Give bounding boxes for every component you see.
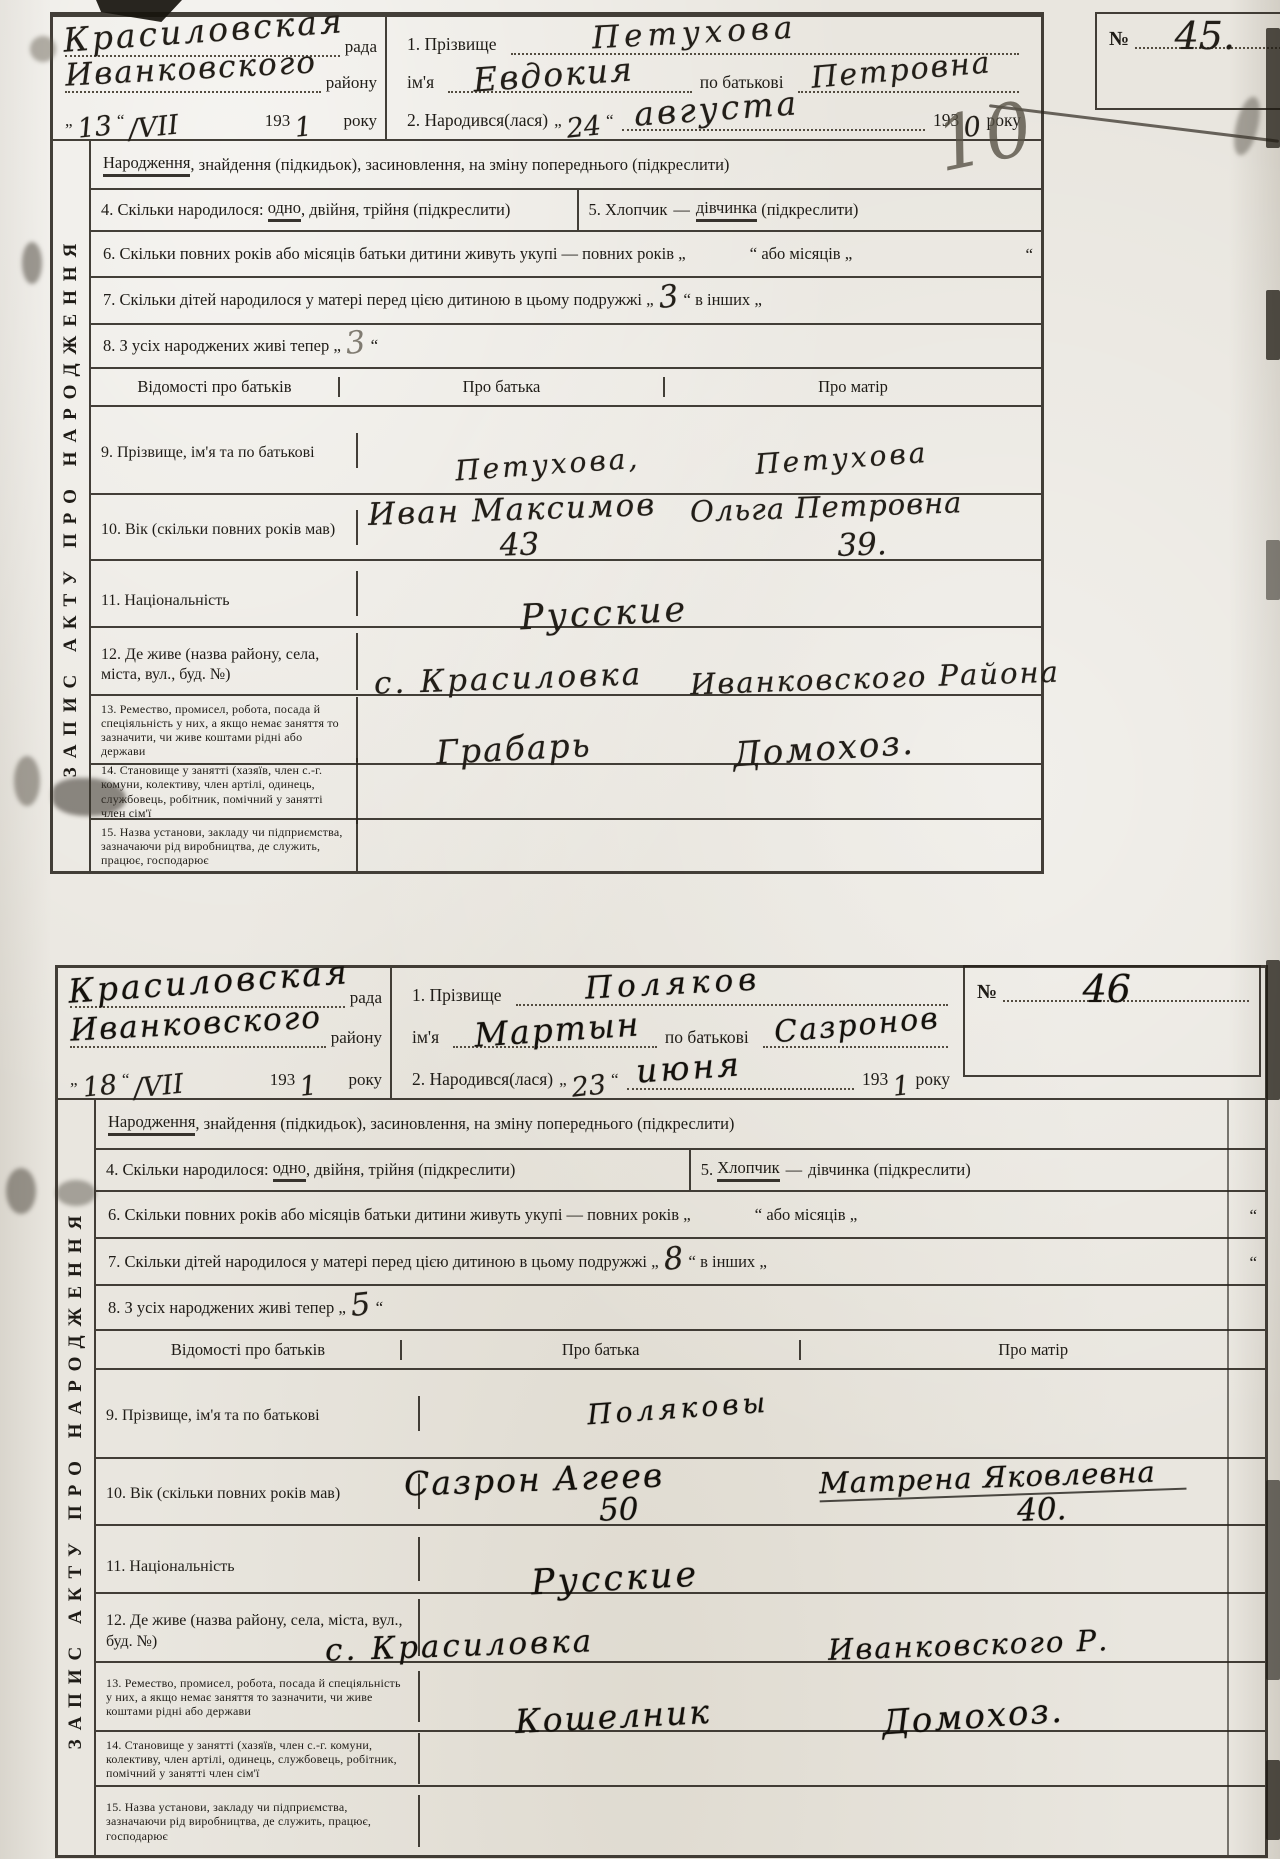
handwritten-residence-district: Иванковского Района <box>690 655 1061 702</box>
surname-label: 1. Прізвище <box>412 985 502 1006</box>
form-body: ЗАПИС АКТУ ПРО НАРОДЖЕННЯ Народження, зн… <box>53 141 1041 871</box>
dotted-rule: августа <box>622 109 925 131</box>
name-label: ім'я <box>407 72 434 93</box>
row-13-occupation: 13. Ремество, промисел, робота, посада й… <box>91 696 1041 764</box>
ink-smudge <box>52 778 126 816</box>
row-4-how-many-born: 4. Скільки народилося: одно, двійня, трі… <box>91 190 579 229</box>
handwritten-birth-day: 24 <box>566 126 600 130</box>
birthdate-line: 2. Народився(лася) „23“ июня 1931 року <box>412 1060 956 1090</box>
dotted-rule: Евдокия <box>448 71 692 93</box>
year-prefix: 193 <box>862 1069 888 1090</box>
handwritten-nationality: Русские <box>519 589 689 638</box>
row-12-residence: 12. Де живе (назва району, села, міста, … <box>91 628 1041 696</box>
page-edge-mark <box>1266 290 1280 360</box>
row-11-nationality: 11. Національність Русские <box>91 561 1041 628</box>
page-edge-mark <box>1266 1480 1280 1680</box>
word-divchynka: дівчинка <box>808 1160 869 1180</box>
word-odno: одно <box>268 198 301 222</box>
row-11-nationality: 11. Національність Русские <box>96 1526 1265 1594</box>
word-narodzhennia: Народження <box>103 153 190 177</box>
born-label: 2. Народився(лася) <box>407 110 548 131</box>
handwritten-surname: Поляков <box>584 961 762 1006</box>
col-mother: Про матір <box>801 1340 1265 1360</box>
rada-label: рада <box>345 37 377 57</box>
stain <box>14 756 40 806</box>
birth-record-form-45: Красиловская рада Иванковского району „1… <box>50 12 1044 874</box>
row-4-5: 4. Скільки народилося: одно, двійня, трі… <box>96 1150 1265 1192</box>
stain <box>56 1180 96 1206</box>
registration-date-line: „18“/VII 1931року <box>70 1058 382 1090</box>
roku-label: року <box>348 1070 382 1090</box>
row-5-sex: 5. Хлопчик—дівчинка (підкреслити) <box>691 1150 1265 1190</box>
word-odno: одно <box>273 1158 306 1182</box>
raionu-label: району <box>331 1028 382 1048</box>
handwritten-reg-day: 18 <box>82 1085 116 1089</box>
stain <box>30 36 56 62</box>
handwritten-birth-year-digit: 1 <box>893 1086 910 1088</box>
scanned-birth-register-page: Красиловская рада Иванковского району „1… <box>0 0 1280 1859</box>
handwritten-reg-month: /VII <box>134 1084 184 1089</box>
form-header: Красиловская рада Иванковского району „1… <box>53 17 1041 141</box>
handwritten-record-number: 46 <box>1083 967 1131 1011</box>
word-divchynka: дівчинка <box>696 198 757 222</box>
vertical-title-strip: ЗАПИС АКТУ ПРО НАРОДЖЕННЯ <box>58 1100 96 1855</box>
handwritten-children-alive: 5 <box>351 1303 371 1305</box>
handwritten-reg-month: /VII <box>129 125 179 130</box>
col-father: Про батька <box>402 1340 801 1360</box>
row-5-sex: 5. Хлопчик—дівчинка (підкреслити) <box>579 190 1042 229</box>
stain <box>22 242 42 284</box>
col-father: Про батька <box>340 377 665 397</box>
handwritten-father-surname: Петухова, <box>454 442 641 488</box>
row-13-occupation: 13. Ремество, промисел, робота, посада й… <box>96 1663 1265 1732</box>
form-body: ЗАПИС АКТУ ПРО НАРОДЖЕННЯ Народження, зн… <box>58 1100 1265 1855</box>
page-edge-mark <box>1266 960 1280 1100</box>
name-line: ім'я Мартын по батькові Сазронов <box>412 1018 956 1048</box>
dotted-rule: июня <box>627 1068 854 1090</box>
handwritten-patronymic: Сазронов <box>773 1001 941 1050</box>
handwritten-children-alive: 3 <box>346 342 366 344</box>
vertical-title: ЗАПИС АКТУ ПРО НАРОДЖЕННЯ <box>65 1206 87 1749</box>
word-khlopchyk: Хлопчик <box>717 1158 779 1182</box>
row-12-residence: 12. Де живе (назва району, села, міста, … <box>96 1594 1265 1663</box>
word-khlopchyk: Хлопчик <box>605 200 667 220</box>
handwritten-residence-village: с. Красиловка <box>374 657 644 702</box>
surname-line: 1. Прізвище Поляков <box>412 976 956 1006</box>
year-prefix: 193 <box>270 1070 296 1090</box>
district-line: Иванковского району <box>70 1018 382 1048</box>
district-line: Иванковского району <box>65 63 377 93</box>
row-3-birth-type: Народження, знайдення (підкидьок), засин… <box>96 1100 1265 1150</box>
handwritten-name: Евдокия <box>471 49 634 99</box>
council-cell: Красиловская рада Иванковского району „1… <box>53 17 387 139</box>
year-prefix: 193 <box>265 111 291 131</box>
raionu-label: району <box>326 73 377 93</box>
surname-label: 1. Прізвище <box>407 34 497 55</box>
handwritten-birth-month: июня <box>634 1044 742 1090</box>
number-sign: № <box>1109 28 1129 51</box>
handwritten-children-before: 3 <box>658 296 678 298</box>
row-6-years-together: 6. Скільки повних років або місяців бать… <box>91 232 1041 278</box>
row-4-5: 4. Скільки народилося: одно, двійня, трі… <box>91 190 1041 231</box>
col-parents-info: Відомості про батьків <box>91 377 340 397</box>
handwritten-residence-district: Иванковского Р. <box>828 1623 1110 1667</box>
council-cell: Красиловская рада Иванковского району „1… <box>58 968 392 1098</box>
record-number-box: № 46 <box>963 965 1261 1077</box>
row-7-children-before: 7. Скільки дітей народилося у матері пер… <box>91 278 1041 324</box>
rada-label: рада <box>350 988 382 1008</box>
word-narodzhennia: Народження <box>108 1112 195 1136</box>
handwritten-reg-year-digit: 1 <box>295 127 312 129</box>
handwritten-reg-year-digit: 1 <box>300 1086 317 1088</box>
dotted-rule: Поляков <box>516 984 948 1006</box>
page-edge-mark <box>1266 28 1280 148</box>
registration-date-line: „13“/VII 1931року <box>65 99 377 131</box>
handwritten-reg-day: 13 <box>77 126 111 130</box>
row-15-institution: 15. Назва установи, закладу чи підприємс… <box>91 820 1041 871</box>
form-header: Красиловская рада Иванковского району „1… <box>58 968 1265 1100</box>
handwritten-mother-surname: Петухова <box>754 436 929 481</box>
handwritten-family-surname: Поляковы <box>586 1385 770 1431</box>
birth-record-form-46: Красиловская рада Иванковского району „1… <box>55 965 1268 1858</box>
stain <box>6 1168 36 1214</box>
name-label: ім'я <box>412 1027 439 1048</box>
col-parents-info: Відомості про батьків <box>96 1340 402 1360</box>
handwritten-name: Мартын <box>472 1004 641 1055</box>
parents-table-header: Відомості про батьків Про батька Про мат… <box>91 369 1041 407</box>
name-fields-cell: 1. Прізвище Поляков ім'я Мартын по батьк… <box>392 968 970 1098</box>
row-4-how-many-born: 4. Скільки народилося: одно, двійня, трі… <box>96 1150 691 1190</box>
page-edge-mark <box>1266 1760 1280 1840</box>
handwritten-record-number: 45. <box>1175 14 1235 58</box>
page-edge-mark <box>1266 540 1280 600</box>
row-8-children-alive: 8. З усіх народжених живі тепер „5“ <box>96 1286 1265 1331</box>
dotted-rule: Сазронов <box>763 1026 948 1048</box>
handwritten-children-before: 8 <box>663 1257 683 1259</box>
vertical-title-strip: ЗАПИС АКТУ ПРО НАРОДЖЕННЯ <box>53 141 91 871</box>
handwritten-birth-day: 23 <box>571 1085 605 1089</box>
vertical-title: ЗАПИС АКТУ ПРО НАРОДЖЕННЯ <box>60 235 82 778</box>
row-9-parent-names: 9. Прізвище, ім'я та по батькові Петухов… <box>91 407 1041 495</box>
row-8-children-alive: 8. З усіх народжених живі тепер „3“ <box>91 325 1041 369</box>
row-6-years-together: 6. Скільки повних років або місяців бать… <box>96 1192 1265 1239</box>
dotted-rule: Мартын <box>453 1026 657 1048</box>
number-sign: № <box>977 981 997 1004</box>
row-3-birth-type: Народження, знайдення (підкидьок), засин… <box>91 141 1041 190</box>
roku-label: року <box>915 1069 950 1090</box>
parents-table-header: Відомості про батьків Про батька Про мат… <box>96 1331 1265 1370</box>
row-14-employment-status: 14. Становище у занятті (хазяїв, член с.… <box>96 1732 1265 1787</box>
row-14-employment-status: 14. Становище у занятті (хазяїв, член с.… <box>91 765 1041 820</box>
row-9-parent-names: 9. Прізвище, ім'я та по батькові Поляков… <box>96 1370 1265 1459</box>
born-label: 2. Народився(лася) <box>412 1069 553 1090</box>
roku-label: року <box>343 111 377 131</box>
col-mother: Про матір <box>665 377 1041 397</box>
row-7-children-before: 7. Скільки дітей народилося у матері пер… <box>96 1239 1265 1286</box>
record-number-box: № 45. <box>1095 12 1280 110</box>
dotted-rule: Петровна <box>798 71 1019 93</box>
row-15-institution: 15. Назва установи, закладу чи підприємс… <box>96 1787 1265 1855</box>
